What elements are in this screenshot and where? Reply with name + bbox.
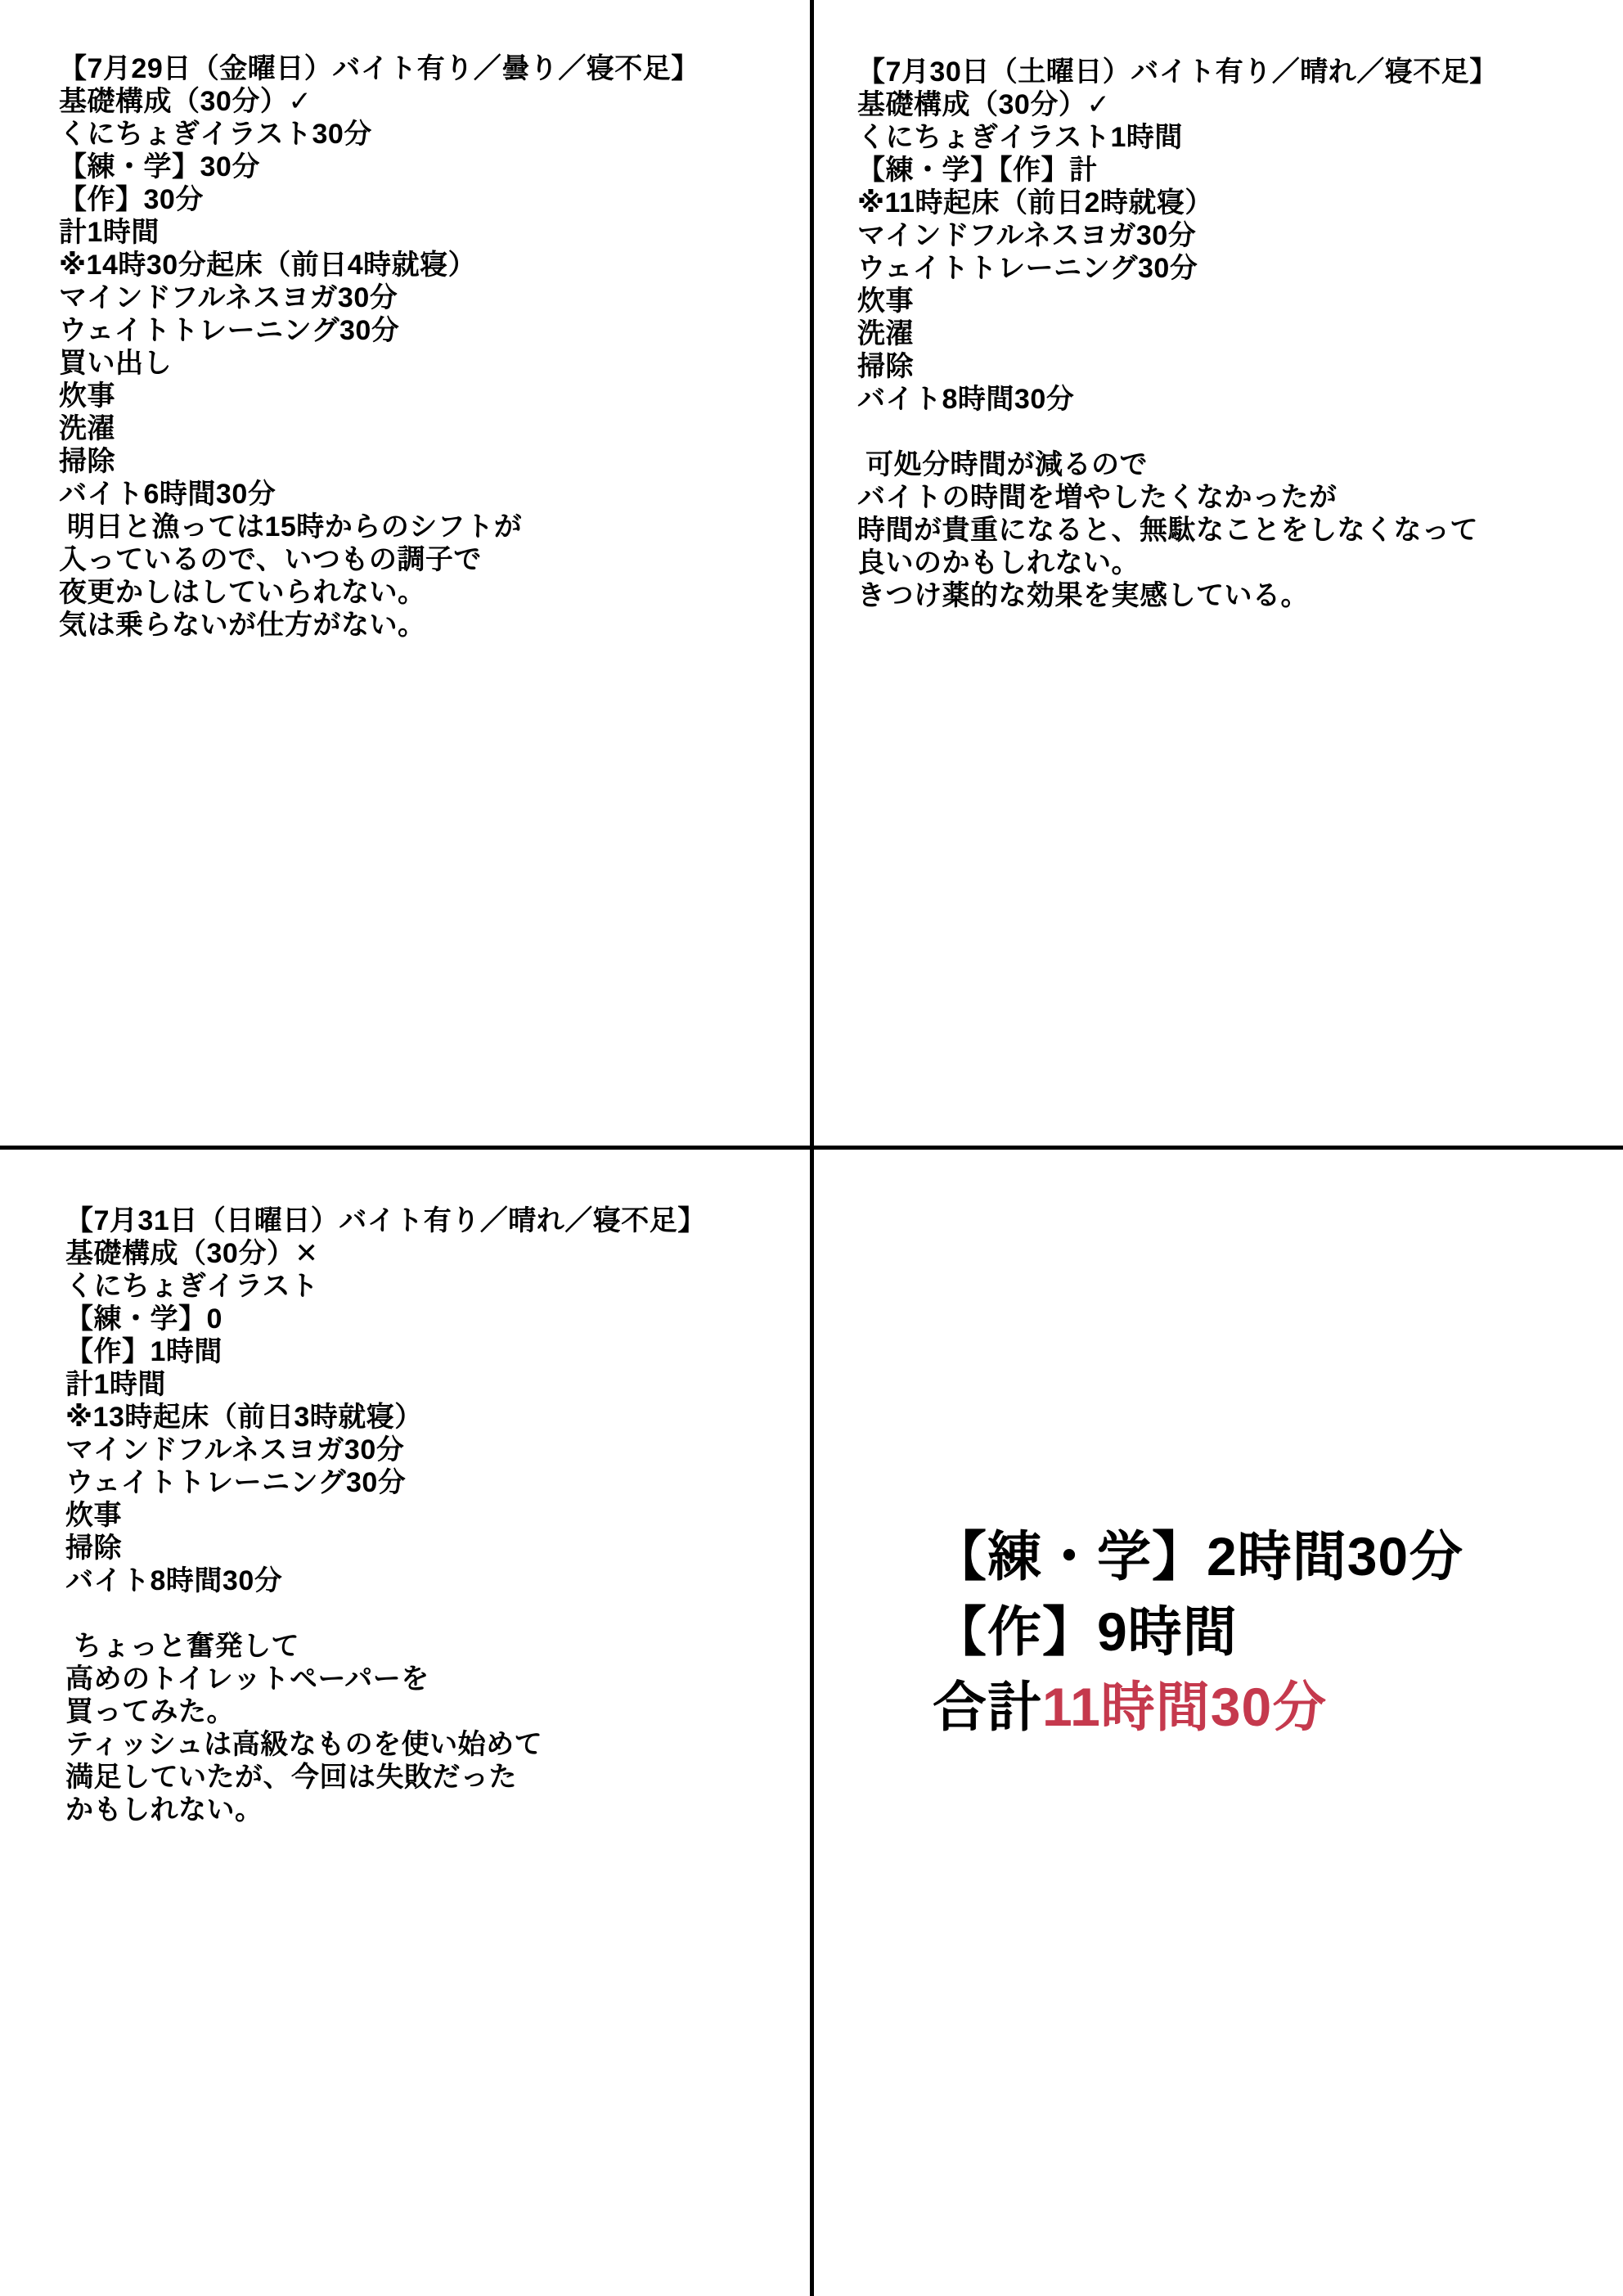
diary-line: 気は乗らないが仕方がない。 xyxy=(59,609,795,642)
diary-line: バイト8時間30分 xyxy=(65,1564,802,1597)
diary-line xyxy=(65,1597,802,1630)
diary-line: 洗濯 xyxy=(59,412,795,445)
diary-line: 基礎構成（30分）✕ xyxy=(65,1237,802,1270)
diary-line: 掃除 xyxy=(65,1532,802,1564)
diary-line: 【7月30日（土曜日）バイト有り／晴れ／寝不足】 xyxy=(857,56,1618,88)
totals-grand: 合計11時間30分 xyxy=(933,1669,1463,1745)
diary-line: 明日と漁っては15時からのシフトが xyxy=(59,511,795,543)
diary-line: ウェイトトレーニング30分 xyxy=(65,1466,802,1499)
diary-line: 買ってみた。 xyxy=(65,1695,802,1728)
diary-entry-jul30: 【7月30日（土曜日）バイト有り／晴れ／寝不足】基礎構成（30分）✓くにちょぎイ… xyxy=(857,56,1618,612)
diary-entry-jul31: 【7月31日（日曜日）バイト有り／晴れ／寝不足】基礎構成（30分）✕くにちょぎイ… xyxy=(65,1204,802,1826)
diary-line: ※11時起床（前日2時就寝） xyxy=(857,187,1618,219)
diary-line: 良いのかもしれない。 xyxy=(857,547,1618,579)
diary-line: 掃除 xyxy=(857,350,1618,383)
diary-line: マインドフルネスヨガ30分 xyxy=(857,219,1618,252)
diary-line: くにちょぎイラスト1時間 xyxy=(857,121,1618,154)
horizontal-divider xyxy=(0,1146,1623,1150)
diary-line: バイト6時間30分 xyxy=(59,478,795,511)
diary-line: 【練・学】【作】計 xyxy=(857,154,1618,187)
diary-line: ※14時30分起床（前日4時就寝） xyxy=(59,249,795,281)
diary-line: バイトの時間を増やしたくなかったが xyxy=(857,481,1618,514)
diary-line: 入っているので、いつもの調子で xyxy=(59,543,795,576)
diary-line: 【練・学】0 xyxy=(65,1303,802,1335)
diary-line: くにちょぎイラスト xyxy=(65,1270,802,1303)
diary-line: かもしれない。 xyxy=(65,1794,802,1826)
diary-line: 満足していたが、今回は失敗だった xyxy=(65,1761,802,1794)
diary-line: 【7月31日（日曜日）バイト有り／晴れ／寝不足】 xyxy=(65,1204,802,1237)
diary-line: バイト8時間30分 xyxy=(857,383,1618,416)
diary-line: 高めのトイレットペーパーを xyxy=(65,1663,802,1695)
diary-line: 夜更かしはしていられない。 xyxy=(59,576,795,609)
diary-line: 【練・学】30分 xyxy=(59,151,795,183)
diary-line: 炊事 xyxy=(59,380,795,412)
diary-line: 洗濯 xyxy=(857,317,1618,350)
diary-line: 炊事 xyxy=(65,1499,802,1532)
diary-line: 買い出し xyxy=(59,347,795,380)
diary-line: ウェイトトレーニング30分 xyxy=(59,314,795,347)
totals-grand-value: 11時間30分 xyxy=(1042,1677,1327,1737)
diary-line: 【7月29日（金曜日）バイト有り／曇り／寝不足】 xyxy=(59,52,795,85)
diary-line: ティッシュは高級なものを使い始めて xyxy=(65,1728,802,1761)
diary-line: 【作】1時間 xyxy=(65,1335,802,1368)
diary-line: 掃除 xyxy=(59,445,795,478)
diary-line: くにちょぎイラスト30分 xyxy=(59,118,795,151)
diary-line: 時間が貴重になると、無駄なことをしなくなって xyxy=(857,514,1618,547)
diary-line: 基礎構成（30分）✓ xyxy=(857,88,1618,121)
diary-page: 【7月29日（金曜日）バイト有り／曇り／寝不足】基礎構成（30分）✓くにちょぎイ… xyxy=(0,0,1623,2296)
diary-line: マインドフルネスヨガ30分 xyxy=(59,281,795,314)
totals-practice-study: 【練・学】2時間30分 xyxy=(933,1519,1463,1594)
diary-line: ちょっと奮発して xyxy=(65,1630,802,1663)
diary-line: 基礎構成（30分）✓ xyxy=(59,85,795,118)
totals-summary: 【練・学】2時間30分 【作】9時間 合計11時間30分 xyxy=(933,1519,1463,1745)
totals-grand-label: 合計 xyxy=(933,1677,1042,1737)
diary-line: ウェイトトレーニング30分 xyxy=(857,252,1618,285)
totals-work: 【作】9時間 xyxy=(933,1594,1463,1669)
diary-entry-jul29: 【7月29日（金曜日）バイト有り／曇り／寝不足】基礎構成（30分）✓くにちょぎイ… xyxy=(59,52,795,642)
diary-line: 計1時間 xyxy=(59,216,795,249)
diary-line: 計1時間 xyxy=(65,1368,802,1401)
diary-line: 炊事 xyxy=(857,285,1618,317)
diary-line: 可処分時間が減るので xyxy=(857,448,1618,481)
diary-line: マインドフルネスヨガ30分 xyxy=(65,1434,802,1466)
diary-line: きつけ薬的な効果を実感している。 xyxy=(857,579,1618,612)
diary-line: 【作】30分 xyxy=(59,183,795,216)
diary-line: ※13時起床（前日3時就寝） xyxy=(65,1401,802,1434)
diary-line xyxy=(857,416,1618,448)
